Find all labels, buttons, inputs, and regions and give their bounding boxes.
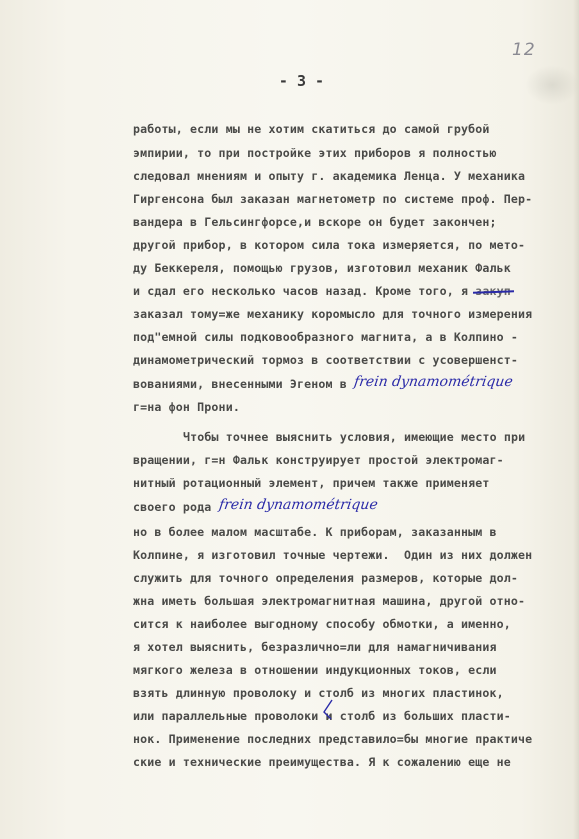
text-line: вованиями, внесенными Эгеном в frein dyn… [133, 376, 513, 392]
text-line: я хотел выяснить, безразлично=ли для нам… [133, 640, 497, 654]
text-line: своего рода frein dynamométrique [133, 499, 377, 515]
text-line: под"емной силы подковообразного магнита,… [133, 330, 518, 344]
handwritten-annotation: frein dynamométrique [217, 497, 378, 513]
text-line: Гиргенсона был заказан магнетометр по си… [133, 192, 532, 206]
line-text: нитный ротационный элемент, причем также… [133, 476, 490, 490]
line-text: вованиями, внесенными Эгеном в [133, 377, 354, 391]
struck-through-word: закуп [475, 284, 511, 298]
text-line: Чтобы точнее выяснить условия, имеющие м… [183, 430, 525, 444]
text-line: вандера в Гельсингфорсе,и вскоре он буде… [133, 215, 497, 229]
line-text: но в более малом масштабе. К приборам, з… [133, 525, 497, 539]
line-text: служить для точного определения размеров… [133, 571, 518, 585]
text-line: ские и технические преимущества. Я к сож… [133, 755, 511, 769]
text-line: заказал тому=же механику коромысло для т… [133, 307, 532, 321]
line-text: работы, если мы не хотим скатиться до са… [133, 122, 490, 136]
line-text: Чтобы точнее выяснить условия, имеющие м… [183, 430, 525, 444]
text-line: служить для точного определения размеров… [133, 571, 518, 585]
text-line: мягкого железа в отношении индукционных … [133, 663, 497, 677]
line-text: вандера в Гельсингфорсе,и вскоре он буде… [133, 215, 497, 229]
text-line: взять длинную проволоку и столб из многи… [133, 686, 504, 700]
line-text: динамометрический тормоз в соответствии … [133, 353, 518, 367]
document-page: 12 - 3 - работы, если мы не хотим скатит… [0, 0, 579, 839]
text-line: но в более малом масштабе. К приборам, з… [133, 525, 497, 539]
text-line: жна иметь большая электромагнитная машин… [133, 594, 525, 608]
line-text: ские и технические преимущества. Я к сож… [133, 755, 511, 769]
line-text: нок. Применение последних представило=бы… [133, 732, 532, 746]
text-line: работы, если мы не хотим скатиться до са… [133, 122, 490, 136]
line-text: другой прибор, в котором сила тока измер… [133, 238, 525, 252]
line-text: я хотел выяснить, безразлично=ли для нам… [133, 640, 497, 654]
text-line: другой прибор, в котором сила тока измер… [133, 238, 525, 252]
text-line: сится к наиболее выгодному способу обмот… [133, 617, 511, 631]
line-text: ду Беккереля, помощью грузов, изготовил … [133, 261, 511, 275]
line-text: г=на фон Прони. [133, 400, 240, 414]
line-text: сится к наиболее выгодному способу обмот… [133, 617, 511, 631]
text-line: нитный ротационный элемент, причем также… [133, 476, 490, 490]
text-line: динамометрический тормоз в соответствии … [133, 353, 518, 367]
text-line: г=на фон Прони. [133, 400, 240, 414]
handwritten-insertion-mark [322, 699, 334, 723]
line-text: мягкого железа в отношении индукционных … [133, 663, 497, 677]
line-text: взять длинную проволоку и столб из многи… [133, 686, 504, 700]
text-line: ду Беккереля, помощью грузов, изготовил … [133, 261, 511, 275]
page-number: - 3 - [0, 72, 579, 90]
text-line: нок. Применение последних представило=бы… [133, 732, 532, 746]
line-text: заказал тому=же механику коромысло для т… [133, 307, 532, 321]
line-text: и сдал его несколько часов назад. Кроме … [133, 284, 475, 298]
line-text: эмпирии, то при постройке этих приборов … [133, 146, 497, 160]
handwritten-annotation: frein dynamométrique [353, 374, 514, 390]
line-text: следовал мнениям и опыту г. академика Ле… [133, 169, 525, 183]
text-line: Колпине, я изготовил точные чертежи. Оди… [133, 548, 532, 562]
line-text: Гиргенсона был заказан магнетометр по си… [133, 192, 532, 206]
line-text: своего рода [133, 500, 219, 514]
page-edge-shadow [573, 0, 579, 839]
text-line: вращении, г=н Фальк конструирует простой… [133, 453, 504, 467]
line-text: под"емной силы подковообразного магнита,… [133, 330, 518, 344]
text-line: эмпирии, то при постройке этих приборов … [133, 146, 497, 160]
text-line: и сдал его несколько часов назад. Кроме … [133, 284, 511, 298]
text-line: следовал мнениям и опыту г. академика Ле… [133, 169, 525, 183]
folio-number: 12 [512, 40, 536, 60]
line-text: вращении, г=н Фальк конструирует простой… [133, 453, 504, 467]
line-text: жна иметь большая электромагнитная машин… [133, 594, 525, 608]
line-text: Колпине, я изготовил точные чертежи. Оди… [133, 548, 532, 562]
